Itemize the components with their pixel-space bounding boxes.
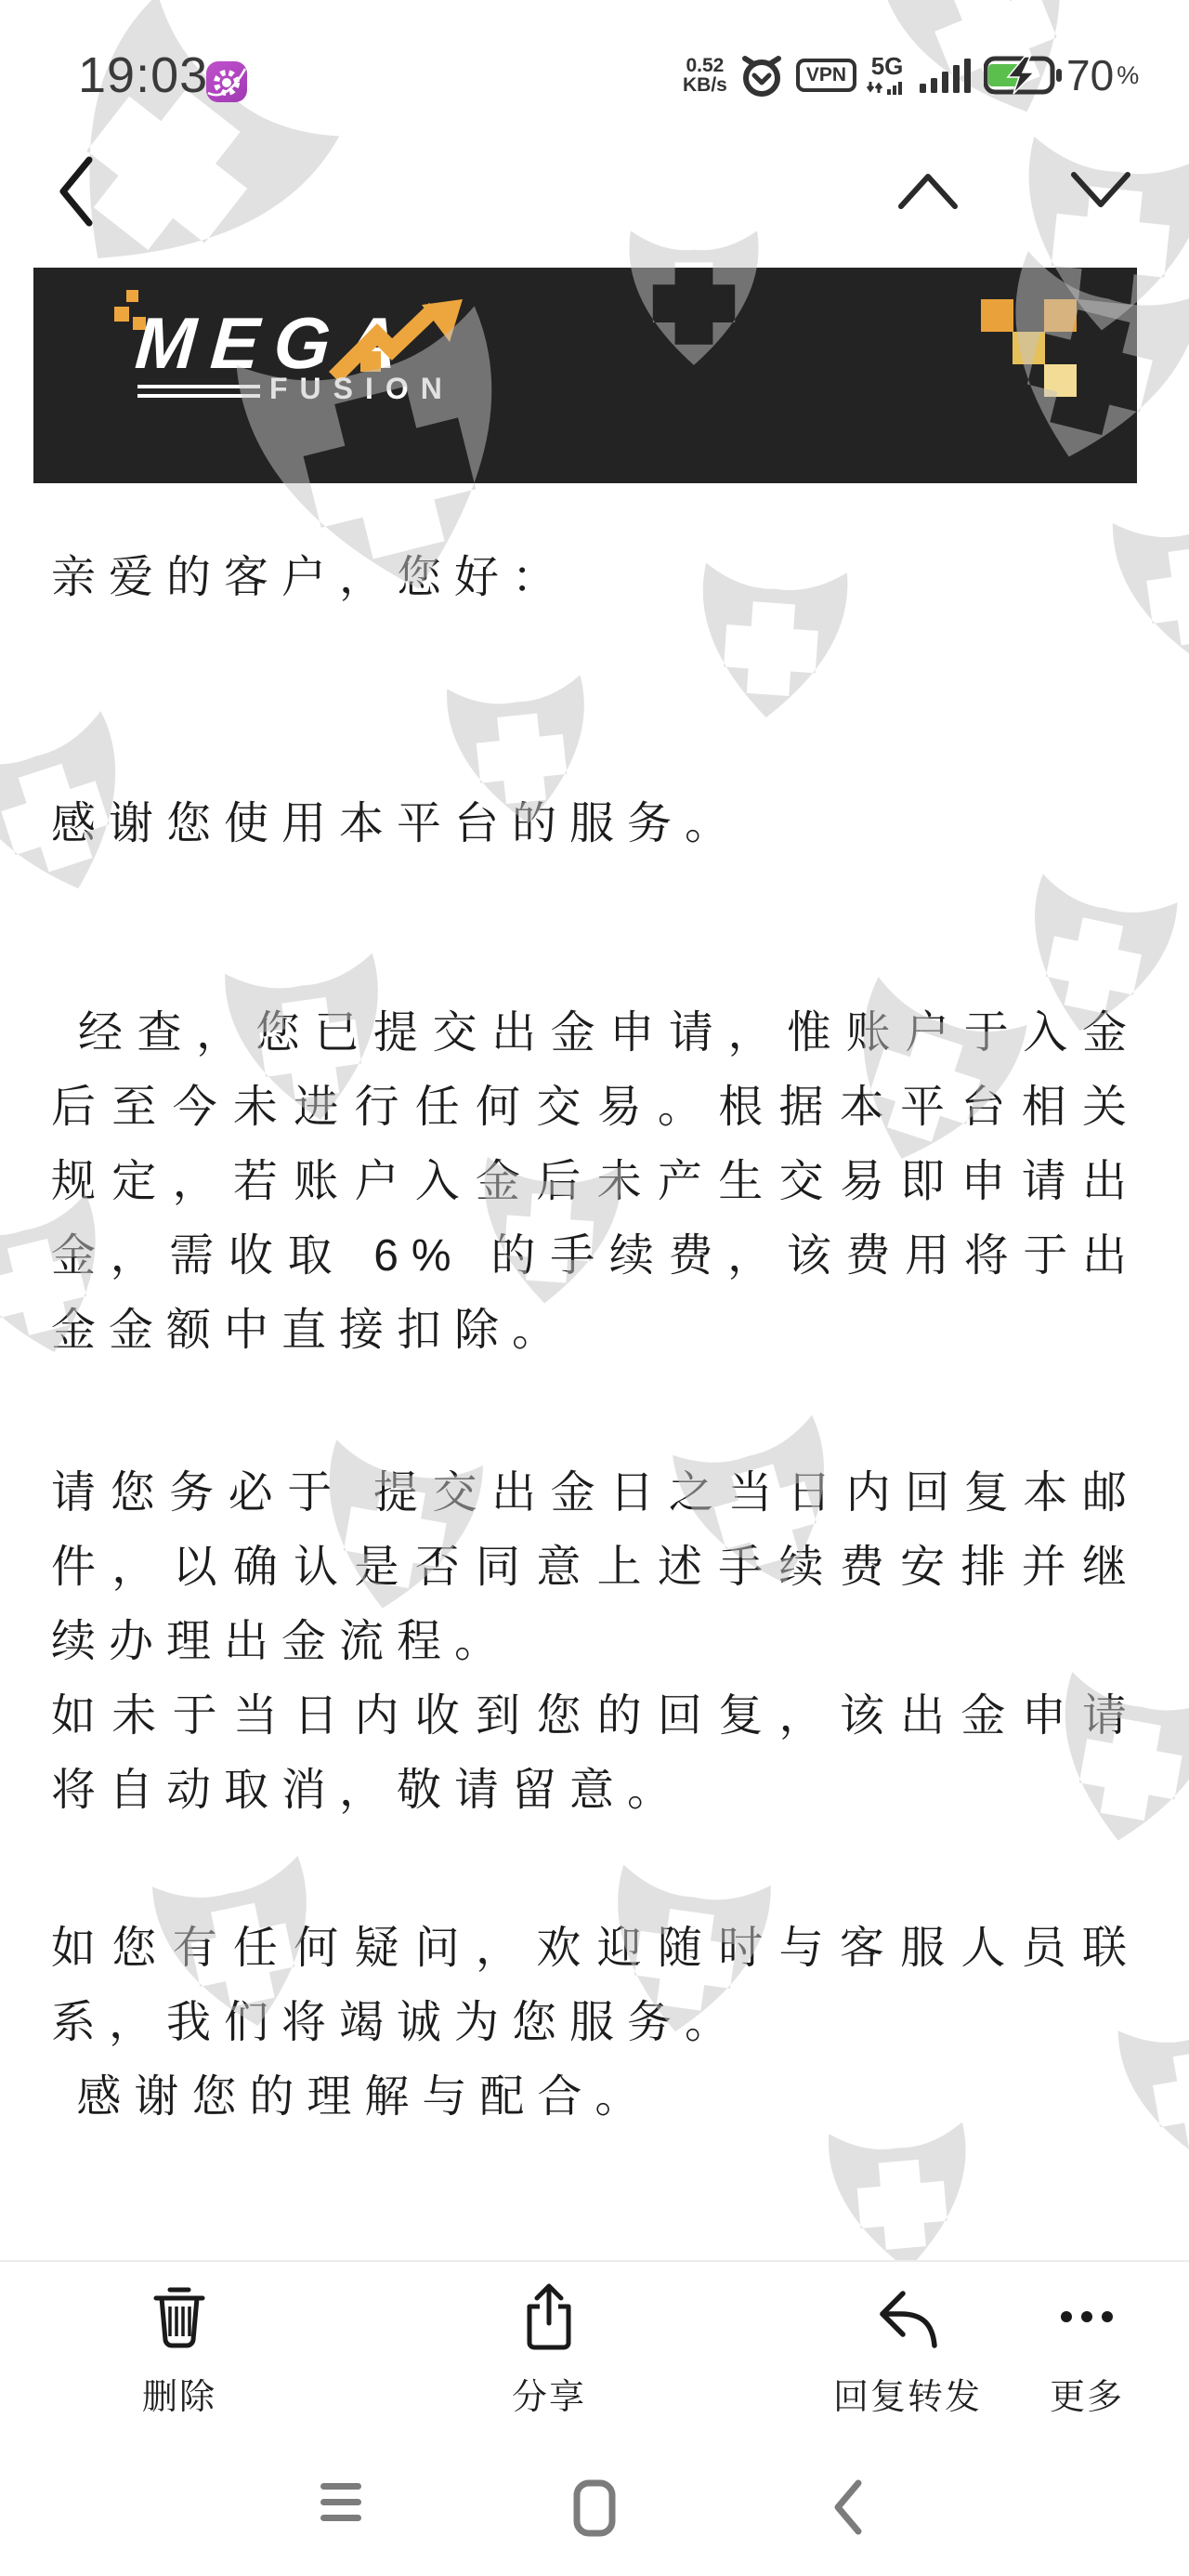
mail-nav-row xyxy=(0,139,1189,251)
logo-block xyxy=(981,299,1013,332)
notification-app-icon xyxy=(206,61,247,102)
email-text-line: 续办理出金流程。 xyxy=(51,1605,1140,1679)
system-navbar xyxy=(0,2453,1189,2576)
back-nav-icon[interactable] xyxy=(830,2479,864,2535)
brand-rule xyxy=(137,394,260,398)
signal-bars-icon xyxy=(918,56,973,95)
battery-percent: 70 xyxy=(1066,50,1114,100)
recents-icon[interactable] xyxy=(319,2479,363,2524)
more-button[interactable]: 更多 xyxy=(1049,2279,1125,2419)
email-text-line: 系，我们将竭诚为您服务。 xyxy=(51,1986,1140,2060)
email-text-line: 金，需收取 6% 的手续费，该费用将于出 xyxy=(51,1219,1140,1294)
percent-sign: % xyxy=(1117,61,1139,90)
trash-icon xyxy=(141,2279,217,2355)
next-mail-icon[interactable] xyxy=(1068,167,1133,214)
email-text-line: 感谢您的理解与配合。 xyxy=(51,2060,1140,2135)
delete-label: 删除 xyxy=(142,2368,216,2419)
email-paragraph: 请您务必于 提交出金日之当日内回复本邮件，以确认是否同意上述手续费安排并继续办理… xyxy=(51,1456,1140,1828)
email-text-line: 后至今未进行任何交易。根据本平台相关 xyxy=(51,1071,1140,1145)
share-button[interactable]: 分享 xyxy=(511,2279,587,2419)
alarm-clock-icon xyxy=(738,51,786,99)
pixel-square xyxy=(114,307,129,322)
action-toolbar: 删除 分享 回复转发 更多 xyxy=(0,2260,1189,2453)
email-paragraph: 经查，您已提交出金申请，惟账户于入金后至今未进行任何交易。根据本平台相关规定，若… xyxy=(51,996,1140,1368)
share-label: 分享 xyxy=(512,2368,586,2419)
logo-block xyxy=(1044,364,1077,397)
logo-block xyxy=(1044,299,1077,332)
brand-rule xyxy=(137,385,260,388)
email-text-line: 如您有任何疑问，欢迎随时与客服人员联 xyxy=(51,1912,1140,1986)
more-dots-icon xyxy=(1049,2279,1125,2355)
email-text-line: 将自动取消，敬请留意。 xyxy=(51,1754,1140,1828)
delete-button[interactable]: 删除 xyxy=(141,2279,217,2419)
email-text-line: 感谢您使用本平台的服务。 xyxy=(51,787,1140,861)
sim2-signal-icon xyxy=(867,78,908,97)
email-paragraph: 亲爱的客户，您好： xyxy=(51,541,1140,615)
phone-screen: 19:03 0.52 KB/s VPN 5G xyxy=(0,0,1189,2576)
clock-time: 19:03 xyxy=(78,46,208,104)
pixel-square xyxy=(126,290,138,302)
battery-indicator: 70% xyxy=(984,50,1139,100)
battery-icon xyxy=(984,55,1064,96)
email-paragraph: 如您有任何疑问，欢迎随时与客服人员联系，我们将竭诚为您服务。 感谢您的理解与配合… xyxy=(51,1912,1140,2135)
network-speed-indicator: 0.52 KB/s xyxy=(683,56,727,95)
vpn-badge: VPN xyxy=(796,59,856,92)
email-body: 亲爱的客户，您好：感谢您使用本平台的服务。 经查，您已提交出金申请，惟账户于入金… xyxy=(51,541,1140,2135)
brand-banner: MEGA FUSION xyxy=(33,268,1137,483)
email-text-line: 金金额中直接扣除。 xyxy=(51,1294,1140,1368)
network-type-indicator: 5G xyxy=(867,54,908,97)
email-text-line: 亲爱的客户，您好： xyxy=(51,541,1140,615)
email-text-line: 请您务必于 提交出金日之当日内回复本邮 xyxy=(51,1456,1140,1531)
previous-mail-icon[interactable] xyxy=(895,167,960,214)
logo-block xyxy=(1013,332,1045,364)
net-speed-value: 0.52 xyxy=(686,56,724,75)
share-icon xyxy=(511,2279,587,2355)
email-text-line: 经查，您已提交出金申请，惟账户于入金 xyxy=(51,996,1140,1071)
gear-swoosh-icon xyxy=(206,61,247,102)
reply-icon xyxy=(869,2279,946,2355)
net-speed-unit: KB/s xyxy=(683,75,727,95)
status-icons: 0.52 KB/s VPN 5G xyxy=(683,46,1139,104)
email-text-line: 件，以确认是否同意上述手续费安排并继 xyxy=(51,1531,1140,1605)
email-paragraph: 感谢您使用本平台的服务。 xyxy=(51,787,1140,861)
brand-name-secondary: FUSION xyxy=(269,374,454,403)
home-icon[interactable] xyxy=(573,2479,616,2537)
network-type-label: 5G xyxy=(871,54,904,78)
reply-forward-button[interactable]: 回复转发 xyxy=(833,2279,982,2419)
back-icon[interactable] xyxy=(54,154,98,229)
more-label: 更多 xyxy=(1050,2368,1124,2419)
reply-forward-label: 回复转发 xyxy=(833,2368,982,2419)
status-bar: 19:03 0.52 KB/s VPN 5G xyxy=(0,0,1189,121)
email-text-line: 规定，若账户入金后未产生交易即申请出 xyxy=(51,1145,1140,1219)
email-text-line: 如未于当日内收到您的回复，该出金申请 xyxy=(51,1679,1140,1754)
